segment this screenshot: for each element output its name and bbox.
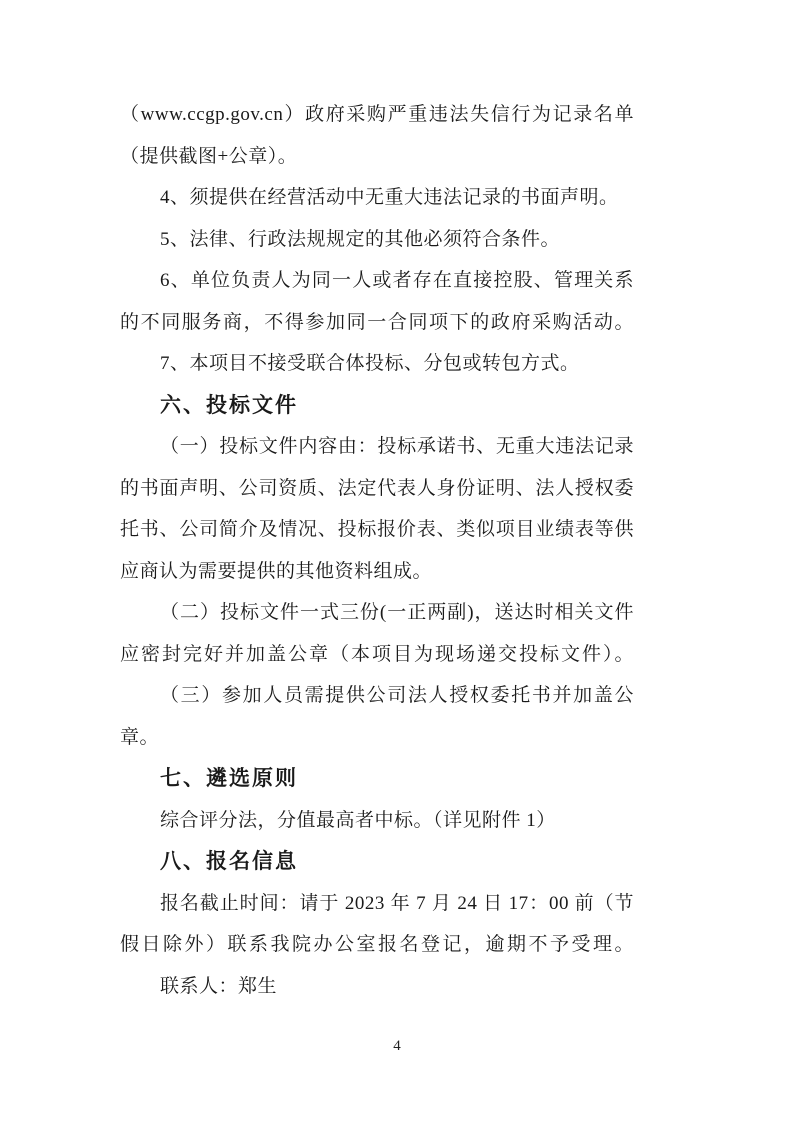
heading-section-8-registration-info: 八、报名信息	[120, 841, 634, 883]
item-6-1-contents-line-1: （一）投标文件内容由：投标承诺书、无重大违法记录	[120, 426, 634, 468]
line-registration-deadline-2: 假日除外）联系我院办公室报名登记，逾期不予受理。	[120, 924, 634, 966]
document-body: （www.ccgp.gov.cn）政府采购严重违法失信行为记录名单 （提供截图+…	[120, 94, 634, 1007]
item-5-laws-regulations: 5、法律、行政法规规定的其他必须符合条件。	[120, 219, 634, 261]
document-page: （www.ccgp.gov.cn）政府采购严重违法失信行为记录名单 （提供截图+…	[0, 0, 794, 1123]
line-registration-deadline-1: 报名截止时间：请于 2023 年 7 月 24 日 17：00 前（节	[120, 883, 634, 925]
item-6-1-contents-line-3: 托书、公司简介及情况、投标报价表、类似项目业绩表等供	[120, 509, 634, 551]
item-6-3-authorization-line-1: （三）参加人员需提供公司法人授权委托书并加盖公	[120, 675, 634, 717]
page-number: 4	[0, 1036, 794, 1056]
line-scoring-method: 综合评分法，分值最高者中标。（详见附件 1）	[120, 800, 634, 842]
line-ccgp-website: （www.ccgp.gov.cn）政府采购严重违法失信行为记录名单	[120, 94, 634, 136]
item-4-written-declaration: 4、须提供在经营活动中无重大违法记录的书面声明。	[120, 177, 634, 219]
line-screenshot-seal: （提供截图+公章）。	[120, 136, 634, 178]
line-contact-person: 联系人：郑生	[120, 966, 634, 1008]
item-7-no-consortium: 7、本项目不接受联合体投标、分包或转包方式。	[120, 343, 634, 385]
item-6-3-authorization-line-2: 章。	[120, 717, 634, 759]
item-6-same-person-line-1: 6、单位负责人为同一人或者存在直接控股、管理关系	[120, 260, 634, 302]
heading-section-7-selection-principle: 七、遴选原则	[120, 758, 634, 800]
heading-section-6-bid-documents: 六、投标文件	[120, 385, 634, 427]
item-6-1-contents-line-2: 的书面声明、公司资质、法定代表人身份证明、法人授权委	[120, 468, 634, 510]
item-6-2-copies-line-1: （二）投标文件一式三份(一正两副)，送达时相关文件	[120, 592, 634, 634]
item-6-same-person-line-2: 的不同服务商，不得参加同一合同项下的政府采购活动。	[120, 302, 634, 344]
item-6-2-copies-line-2: 应密封完好并加盖公章（本项目为现场递交投标文件）。	[120, 634, 634, 676]
item-6-1-contents-line-4: 应商认为需要提供的其他资料组成。	[120, 551, 634, 593]
